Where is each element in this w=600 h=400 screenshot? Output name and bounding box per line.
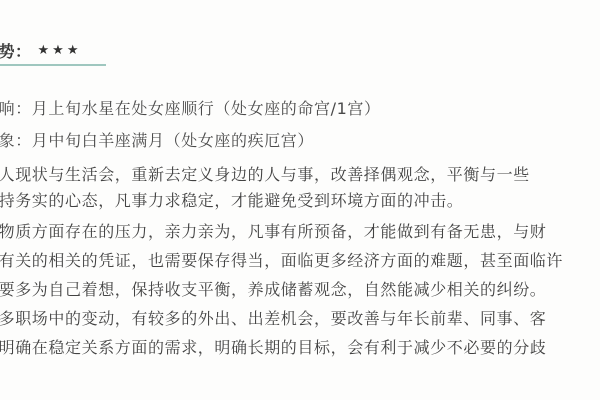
astro-event-line: 天象：月中旬白羊座满月（处女座的疾厄宫） bbox=[0, 128, 314, 151]
star-rating-icon: ★★★ bbox=[38, 43, 82, 58]
paragraph-line: 务有关的相关的凭证，也需要保存得当，面临更多经济方面的难题，甚至面临许 bbox=[0, 248, 563, 271]
paragraph-line: 保持务实的心态，凡事力求稳定，才能避免受到环境方面的冲击。 bbox=[0, 188, 463, 211]
paragraph-line: 较多职场中的变动，有较多的外出、出差机会，要改善与年长前辈、同事、客 bbox=[0, 306, 546, 329]
heading-label: 运势： bbox=[0, 39, 32, 62]
paragraph-line: 个人现状与生活会，重新去定义身边的人与事，改善择偶观念，平衡与一些 bbox=[0, 162, 530, 185]
heading-underline bbox=[0, 64, 106, 66]
paragraph-line: 需要多为自己着想，保持收支平衡，养成储蓄观念，自然能减少相关的纠纷。 bbox=[0, 277, 546, 300]
paragraph-line: 在物质方面存在的压力，亲力亲为，凡事有所预备，才能做到有备无患，与财 bbox=[0, 219, 546, 242]
astro-event-line: 影响：月上旬水星在处女座顺行（处女座的命宫/1宫） bbox=[0, 96, 381, 119]
fortune-heading: 运势： ★★★ bbox=[0, 36, 81, 64]
paragraph-line: 更明确在稳定关系方面的需求，明确长期的目标，会有利于减少不必要的分歧 bbox=[0, 335, 546, 358]
horoscope-document: 运势： ★★★ 影响：月上旬水星在处女座顺行（处女座的命宫/1宫） 天象：月中旬… bbox=[0, 0, 600, 400]
